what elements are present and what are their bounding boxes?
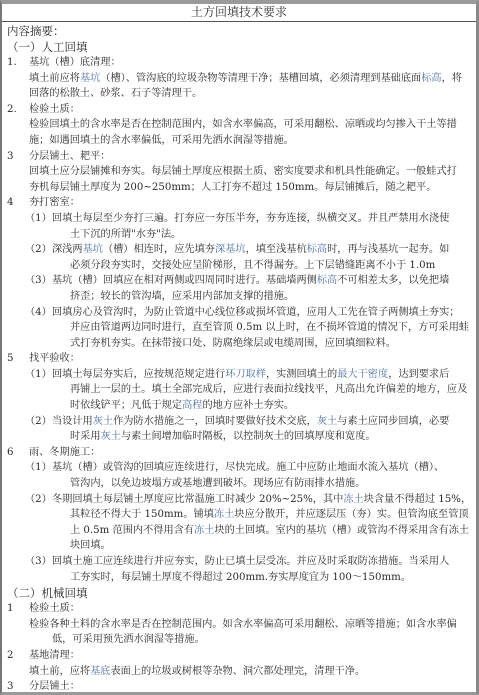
item-title: 分层铺土、耙平：: [29, 151, 111, 162]
subitem-line: （1）回填土每层夯实后，应按规范规定进行环刀取样，实测回填土的最大干密度，达到要…: [7, 367, 470, 383]
paragraph-line: 回落的松散土、砂浆、石子等清理干。: [7, 86, 470, 102]
item-heading: 6雨、冬期施工：: [7, 445, 470, 461]
document-page: 土方回填技术要求 内容摘要： （一）人工回填1.基坑（槽）底清理：填土前应将基坑…: [0, 0, 479, 695]
subitem-line: （2）冬期回填土每层铺土厚度应比常温施工时减少 20%~25%，其中冻土块含量不…: [7, 492, 470, 508]
item-title: 分层铺土：: [29, 681, 80, 692]
subitem-line: 上 0.5m 范围内不得用含有冻土块的土回填。室内的基坑（槽）或管沟不得采用含有…: [7, 523, 470, 539]
subitem-line: 挤歪；较长的管沟墙，应采用内部加支撑的措施。: [7, 289, 470, 305]
highlighted-term: 基坑: [80, 73, 100, 84]
item-number: 1.: [7, 55, 29, 71]
item-heading: 4夯打密室：: [7, 195, 470, 211]
highlighted-term: 冻土: [343, 494, 363, 505]
paragraph-line: 低，可采用预先洒水润湿等措施。: [7, 632, 470, 648]
highlighted-term: 深基坑: [215, 244, 246, 255]
item-heading: 3分层铺土、耙平：: [7, 149, 470, 165]
subitem-number: （2）: [7, 492, 52, 508]
highlighted-term: 标高: [317, 275, 337, 286]
subitem-number: （3）: [7, 554, 52, 570]
item-heading: 5找平验收：: [7, 351, 470, 367]
item-heading: 3分层铺土：: [7, 679, 470, 695]
paragraph-line: 检验各种土料的含水率是否在控制范围内。如含水率偏高可采用翻松、凉晒等措施；如含水…: [7, 617, 470, 633]
highlighted-term: 环刀取样: [225, 369, 266, 380]
subitem-number: （1）: [7, 211, 52, 227]
item-title: 基地清理：: [29, 650, 80, 661]
paragraph-line: 填土前，应将基底表面上的垃圾或树根等杂物、洞穴都处理完，清理干净。: [7, 664, 470, 680]
item-title: 基坑（槽）底清理：: [29, 57, 121, 68]
item-number: 3: [7, 149, 29, 165]
item-number: 2.: [7, 102, 29, 118]
item-heading: 1.基坑（槽）底清理：: [7, 55, 470, 71]
summary-label: 内容摘要：: [7, 23, 470, 39]
subitem-number: （1）: [7, 367, 52, 383]
section-heading: （一）人工回填: [7, 39, 470, 55]
item-title: 夯打密室：: [29, 197, 80, 208]
subitem-line: 工夯实时，每层铺土厚度不得超过 200mm.夯实厚度宜为 100～150mm。: [7, 570, 470, 586]
subitem-line: 块回填。: [7, 538, 470, 554]
highlighted-term: 冻土: [214, 509, 234, 520]
paragraph-line: 回填土应分层铺摊和夯实。每层铺土厚度应根据土质、密实度要求和机具性能确定。一般蛙…: [7, 164, 470, 180]
subitem-line: 时依线铲平；凡低于规定高程的地方应补土夯实。: [7, 398, 470, 414]
item-number: 3: [7, 679, 29, 695]
subitem-line: （4）回填房心及管沟时，为防止管道中心线位移或损坏管道，应用人工先在管子两侧填土…: [7, 305, 470, 321]
item-title: 雨、冬期施工：: [29, 447, 100, 458]
item-heading: 2.检验土质：: [7, 102, 470, 118]
paragraph-line: 夯机每层铺土厚度为 200~250mm；人工打夯不超过 150mm。每层铺摊后，…: [7, 180, 470, 196]
item-number: 4: [7, 195, 29, 211]
item-number: 2: [7, 648, 29, 664]
paragraph-line: 检验回填土的含水率是否在控制范围内，如含水率偏高，可采用翻松、凉晒或均匀掺入干土…: [7, 117, 470, 133]
subitem-line: （2）当设计用灰土作为防水措施之一，回填时要做好技术交底，灰土与素土应同步回填，…: [7, 414, 470, 430]
subitem-number: （1）: [7, 460, 52, 476]
subitem-number: （2）: [7, 414, 52, 430]
subitem-line: （3）基坑（槽）回填应在相对两侧或四周同时进行。基础墙两侧标高不可相差太多，以免…: [7, 273, 470, 289]
highlighted-term: 冻土: [194, 525, 214, 536]
item-number: 5: [7, 351, 29, 367]
item-heading: 1检验土质：: [7, 601, 470, 617]
subitem-line: 管沟内，以免边坡塌方或基地遭到破坏。现场应有防雨排水措施。: [7, 476, 470, 492]
highlighted-term: 标高: [421, 73, 441, 84]
subitem-line: 必须分段夯实时，交接处应呈阶梯形，且不得漏夯。上下层错缝距离不小于 1.0m: [7, 258, 470, 274]
highlighted-term: 高程: [182, 400, 202, 411]
subitem-number: （4）: [7, 305, 52, 321]
document-body: 内容摘要： （一）人工回填1.基坑（槽）底清理：填土前应将基坑（槽）、管沟底的垃…: [2, 22, 476, 695]
item-number: 6: [7, 445, 29, 461]
subitem-number: （2）: [7, 242, 52, 258]
item-heading: 2基地清理：: [7, 648, 470, 664]
highlighted-term: 灰土: [93, 416, 113, 427]
subitem-line: 并应由管道两边同时进行，直至管顶 0.5m 以上时，在不损坏管道的情况下，方可采…: [7, 320, 470, 336]
section-heading: （二）机械回填: [7, 585, 470, 601]
item-title: 检验土质：: [29, 104, 80, 115]
highlighted-term: 灰土: [317, 416, 337, 427]
document-title: 土方回填技术要求: [2, 4, 476, 22]
highlighted-term: 灰土: [101, 431, 121, 442]
subitem-line: 式打夯机夯实。在抹带接口处、防腐绝缘层或电缆周围，应回填细粒料。: [7, 336, 470, 352]
highlighted-term: 标高: [307, 244, 327, 255]
paragraph-line: 施；如遇回填土的含水率偏低，可采用先洒水润湿等措施。: [7, 133, 470, 149]
highlighted-term: 最大干密度: [337, 369, 388, 380]
subitem-line: （3）回填土施工应连续进行并应夯实，防止已填土层受冻。并应及时采取防冻措施。当采…: [7, 554, 470, 570]
subitem-line: （2）深浅两基坑（槽）相连时，应先填夯深基坑，填至浅基杭标高时，再与浅基坑一起夯…: [7, 242, 470, 258]
highlighted-term: 基底: [90, 666, 110, 677]
subitem-number: （3）: [7, 273, 52, 289]
subitem-line: 再铺上一层的土。填土全部完成后，应进行表面拉线找平，凡高出允许偏差的地方，应及: [7, 382, 470, 398]
subitem-line: 时采用灰土与素土间增加临时隔板，以控制灰土的回填厚度和宽度。: [7, 429, 470, 445]
subitem-line: 土下沉的所谓"水夯"法。: [7, 227, 470, 243]
subitem-line: （1）基坑（槽）或管沟的回填应连续进行，尽快完成。施工中应防止地面水流入基坑（槽…: [7, 460, 470, 476]
item-title: 找平验收：: [29, 353, 80, 364]
paragraph-line: 填土前应将基坑（槽）、管沟底的垃圾杂物等清理干净；基槽回填，必须清理到基础底面标…: [7, 71, 470, 87]
subitem-line: 其粒径不得大于 150mm。铺填冻土块应分散开，并应逐层压（夯）实。但管沟底至管…: [7, 507, 470, 523]
item-number: 1: [7, 601, 29, 617]
highlighted-term: 基坑: [83, 244, 103, 255]
subitem-line: （1）回填土每层至少夯打三遍。打夯应一夯压半夯，夯夯连接，纵横交叉。并且严禁用水…: [7, 211, 470, 227]
item-title: 检验土质：: [29, 603, 80, 614]
